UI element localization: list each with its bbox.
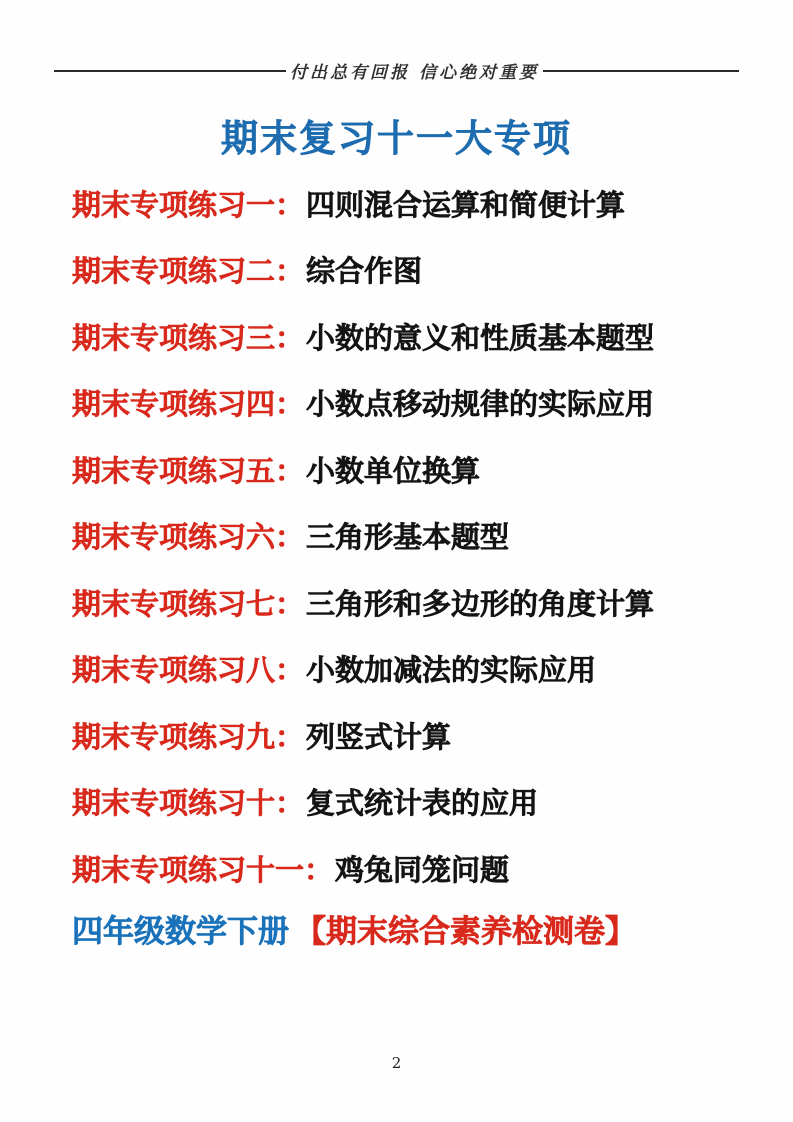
item-label: 期末专项练习十： [72, 781, 304, 822]
item-label: 期末专项练习八： [72, 648, 304, 689]
item-content: 列竖式计算 [306, 715, 451, 756]
item-content: 综合作图 [306, 249, 422, 290]
item-label: 期末专项练习一： [72, 183, 304, 224]
toc-item-5: 期末专项练习五：小数单位换算 [72, 436, 732, 503]
toc-item-1: 期末专项练习一：四则混合运算和简便计算 [72, 170, 732, 237]
toc-item-2: 期末专项练习二：综合作图 [72, 237, 732, 304]
item-content: 小数加减法的实际应用 [306, 648, 596, 689]
item-label: 期末专项练习五： [72, 449, 304, 490]
item-label: 期末专项练习十一： [72, 848, 333, 889]
toc-item-10: 期末专项练习十：复式统计表的应用 [72, 769, 732, 836]
toc-item-11: 期末专项练习十一：鸡兔同笼问题 [72, 835, 732, 902]
header-rule-left [54, 70, 286, 72]
item-content: 三角形基本题型 [306, 515, 509, 556]
book-title: 四年级数学下册 [72, 906, 289, 951]
toc-item-9: 期末专项练习九：列竖式计算 [72, 702, 732, 769]
toc-item-7: 期末专项练习七：三角形和多边形的角度计算 [72, 569, 732, 636]
item-content: 四则混合运算和简便计算 [306, 183, 625, 224]
page-header: 付出总有回报 信心绝对重要 [0, 58, 793, 83]
toc-item-3: 期末专项练习三：小数的意义和性质基本题型 [72, 303, 732, 370]
item-content: 复式统计表的应用 [306, 781, 538, 822]
item-content: 三角形和多边形的角度计算 [306, 582, 654, 623]
item-content: 小数点移动规律的实际应用 [306, 382, 654, 423]
item-label: 期末专项练习四： [72, 382, 304, 423]
footer-line: 四年级数学下册 【期末综合素养检测卷】 [72, 906, 636, 951]
item-label: 期末专项练习六： [72, 515, 304, 556]
toc-item-8: 期末专项练习八：小数加减法的实际应用 [72, 636, 732, 703]
item-content: 小数单位换算 [306, 449, 480, 490]
item-content: 小数的意义和性质基本题型 [306, 316, 654, 357]
page-title: 期末复习十一大专项 [0, 108, 793, 162]
page-number: 2 [0, 1054, 793, 1072]
header-slogan: 付出总有回报 信心绝对重要 [286, 58, 543, 83]
exam-volume-label: 【期末综合素养检测卷】 [295, 906, 636, 951]
toc-item-6: 期末专项练习六：三角形基本题型 [72, 503, 732, 570]
header-rule-right [543, 70, 739, 72]
document-page: 付出总有回报 信心绝对重要 期末复习十一大专项 期末专项练习一：四则混合运算和简… [0, 0, 793, 1122]
item-label: 期末专项练习七： [72, 582, 304, 623]
item-label: 期末专项练习九： [72, 715, 304, 756]
item-label: 期末专项练习三： [72, 316, 304, 357]
toc-item-4: 期末专项练习四：小数点移动规律的实际应用 [72, 370, 732, 437]
toc-list: 期末专项练习一：四则混合运算和简便计算 期末专项练习二：综合作图 期末专项练习三… [72, 170, 732, 902]
item-content: 鸡兔同笼问题 [335, 848, 509, 889]
item-label: 期末专项练习二： [72, 249, 304, 290]
